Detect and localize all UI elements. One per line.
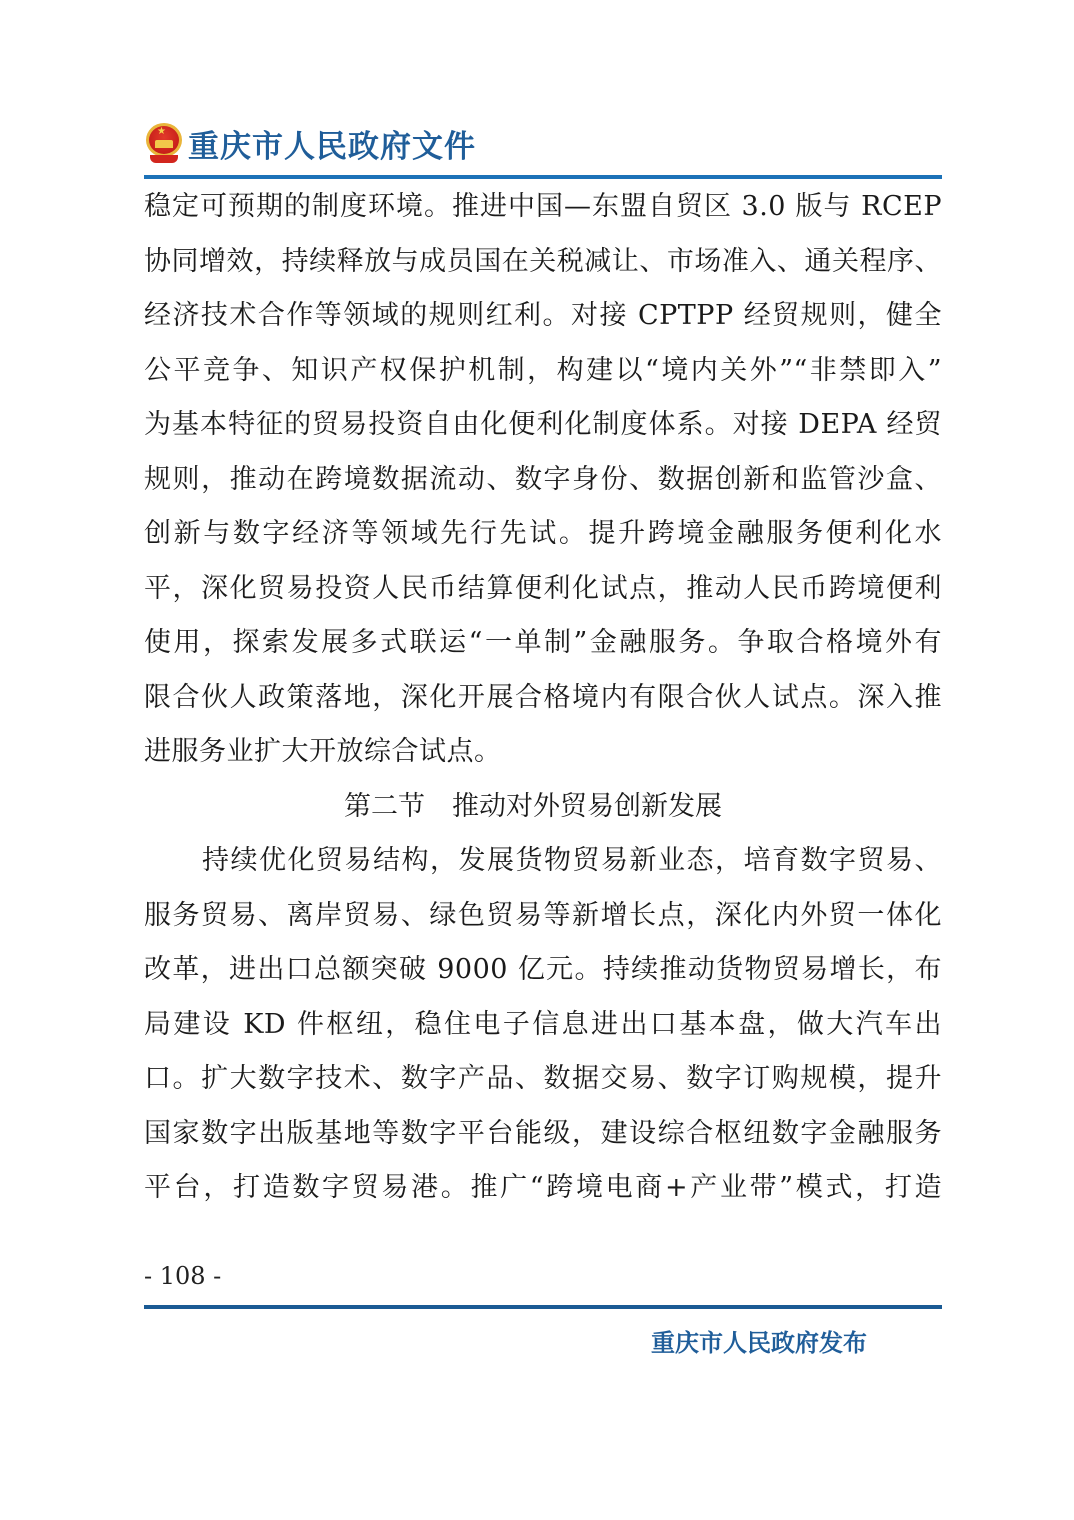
paragraph-line: 稳定可预期的制度环境。推进中国—东盟自贸区 3.0 版与 RCEP <box>144 180 942 235</box>
paragraph-line: 进服务业扩大开放综合试点。 <box>144 725 942 780</box>
paragraph-line: 平，深化贸易投资人民币结算便利化试点，推动人民币跨境便利 <box>144 562 942 617</box>
paragraph-line: 经济技术合作等领域的规则红利。对接 CPTPP 经贸规则，健全 <box>144 289 942 344</box>
page-number: - 108 - <box>144 1262 221 1290</box>
header-title: 重庆市人民政府文件 <box>188 121 476 166</box>
footer-publisher: 重庆市人民政府发布 <box>651 1323 867 1358</box>
paragraph-line: 局建设 KD 件枢纽，稳住电子信息进出口基本盘，做大汽车出 <box>144 998 942 1053</box>
paragraph-line: 创新与数字经济等领域先行先试。提升跨境金融服务便利化水 <box>144 507 942 562</box>
paragraph-line: 规则，推动在跨境数据流动、数字身份、数据创新和监管沙盒、 <box>144 453 942 508</box>
document-body: 稳定可预期的制度环境。推进中国—东盟自贸区 3.0 版与 RCEP 协同增效，持… <box>144 180 942 1216</box>
paragraph-line: 持续优化贸易结构，发展货物贸易新业态，培育数字贸易、 <box>144 834 942 889</box>
paragraph-line: 口。扩大数字技术、数字产品、数据交易、数字订购规模，提升 <box>144 1052 942 1107</box>
header-divider <box>144 175 942 179</box>
paragraph-line: 改革，进出口总额突破 9000 亿元。持续推动货物贸易增长，布 <box>144 943 942 998</box>
paragraph-line: 平台，打造数字贸易港。推广“跨境电商+产业带”模式，打造 <box>144 1161 942 1216</box>
footer-divider <box>144 1305 942 1309</box>
paragraph-line: 国家数字出版基地等数字平台能级，建设综合枢纽数字金融服务 <box>144 1107 942 1162</box>
paragraph-line: 协同增效，持续释放与成员国在关税减让、市场准入、通关程序、 <box>144 235 942 290</box>
document-header: ★ 重庆市人民政府文件 <box>144 118 476 168</box>
paragraph-line: 为基本特征的贸易投资自由化便利化制度体系。对接 DEPA 经贸 <box>144 398 942 453</box>
paragraph-line: 公平竞争、知识产权保护机制，构建以“境内关外”“非禁即入” <box>144 344 942 399</box>
paragraph-line: 服务贸易、离岸贸易、绿色贸易等新增长点，深化内外贸一体化 <box>144 889 942 944</box>
national-emblem-icon: ★ <box>144 121 184 165</box>
paragraph-line: 限合伙人政策落地，深化开展合格境内有限合伙人试点。深入推 <box>144 671 942 726</box>
paragraph-line: 使用，探索发展多式联运“一单制”金融服务。争取合格境外有 <box>144 616 942 671</box>
section-heading: 第二节 推动对外贸易创新发展 <box>144 780 942 835</box>
